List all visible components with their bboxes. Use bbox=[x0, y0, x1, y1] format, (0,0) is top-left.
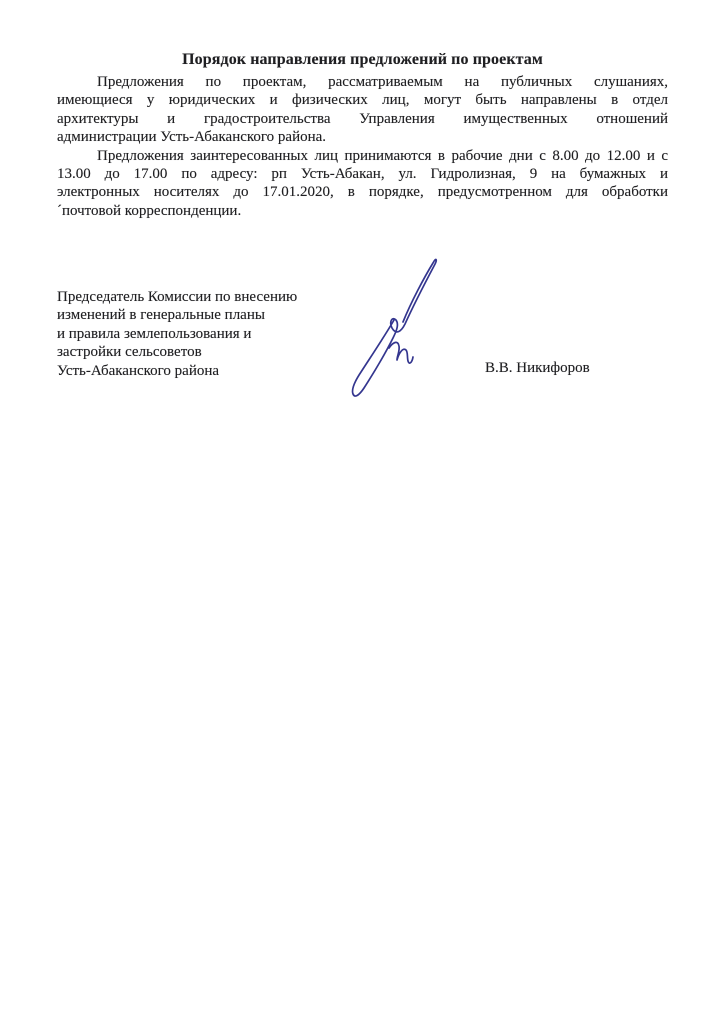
paragraph-line: администрации Усть-Абаканского района. bbox=[57, 128, 668, 146]
signer-role-line: Усть-Абаканского района bbox=[57, 362, 387, 380]
signer-role-line: Председатель Комиссии по внесению bbox=[57, 288, 387, 306]
paragraph-schedule: Предложения заинтересованных лиц принима… bbox=[57, 147, 668, 221]
document-title: Порядок направления предложений по проек… bbox=[57, 51, 668, 69]
paragraph-line: Предложения по проектам, рассматриваемым… bbox=[57, 73, 668, 91]
scanned-document-page: Порядок направления предложений по проек… bbox=[0, 0, 725, 1024]
paragraph-line: архитектуры и градостроительства Управле… bbox=[57, 110, 668, 128]
handwritten-signature-icon bbox=[345, 250, 460, 410]
paragraph-proposals: Предложения по проектам, рассматриваемым… bbox=[57, 73, 668, 147]
signer-name: В.В. Никифоров bbox=[485, 359, 590, 377]
paragraph-line: ´почтовой корреспонденции. bbox=[57, 202, 668, 220]
paragraph-line: имеющиеся у юридических и физических лиц… bbox=[57, 91, 668, 109]
paragraph-line: электронных носителях до 17.01.2020, в п… bbox=[57, 183, 668, 201]
document-body: Порядок направления предложений по проек… bbox=[57, 51, 668, 220]
signer-role-block: Председатель Комиссии по внесению измене… bbox=[57, 288, 387, 380]
signer-role-line: и правила землепользования и bbox=[57, 325, 387, 343]
paragraph-line: 13.00 до 17.00 по адресу: рп Усть-Абакан… bbox=[57, 165, 668, 183]
paragraph-line: Предложения заинтересованных лиц принима… bbox=[57, 147, 668, 165]
signer-role-line: застройки сельсоветов bbox=[57, 343, 387, 361]
signer-role-line: изменений в генеральные планы bbox=[57, 306, 387, 324]
